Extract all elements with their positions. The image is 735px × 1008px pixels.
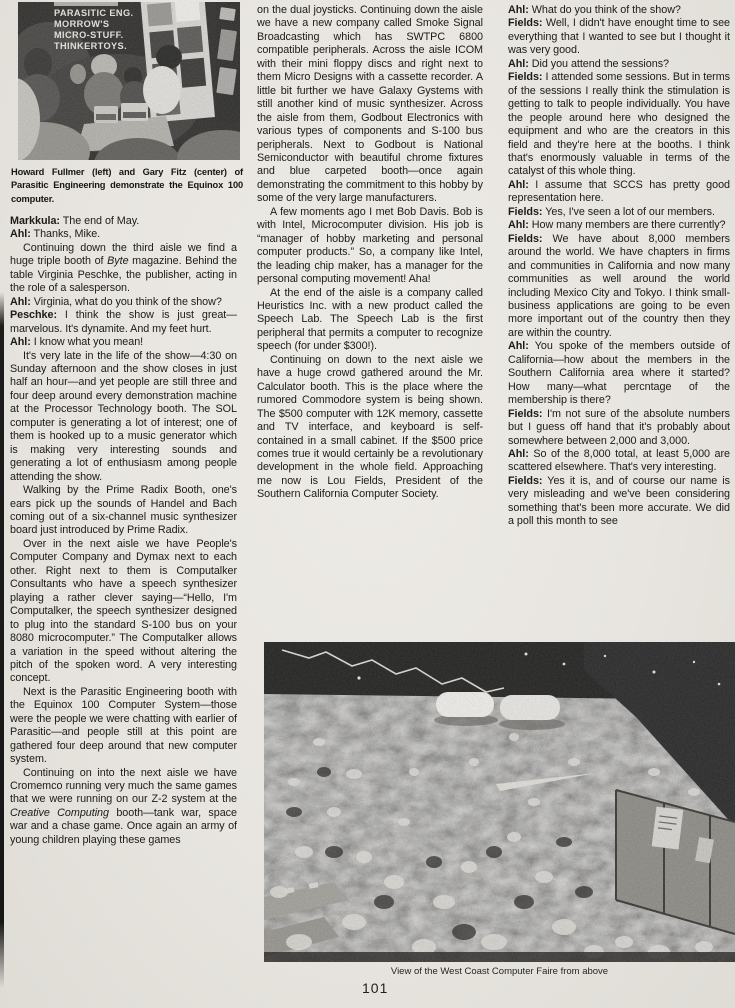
paragraph: Ahl: What do you think of the show? — [508, 4, 730, 17]
paragraph: At the end of the aisle is a company cal… — [257, 287, 483, 354]
film-grain — [18, 2, 240, 160]
paragraph: Walking by the Prime Radix Booth, one's … — [10, 484, 237, 538]
bottom-photo-caption: View of the West Coast Computer Faire fr… — [264, 966, 735, 978]
paragraph: Ahl: You spoke of the members outside of… — [508, 340, 730, 407]
paragraph: Ahl: How many members are there currentl… — [508, 219, 730, 232]
column-middle: on the dual joysticks. Continuing down t… — [257, 4, 483, 502]
top-photo-caption: Howard Fullmer (left) and Gary Fitz (cen… — [11, 166, 243, 206]
crowd-photo-illustration — [264, 642, 735, 962]
paragraph: Ahl: Thanks, Mike. — [10, 228, 237, 241]
paragraph: It's very late in the life of the show—4… — [10, 350, 237, 485]
paragraph: A few moments ago I met Bob Davis. Bob i… — [257, 206, 483, 287]
paragraph: on the dual joysticks. Continuing down t… — [257, 4, 483, 206]
paragraph: Fields: We have about 8,000 members arou… — [508, 233, 730, 341]
paragraph: Fields: Well, I didn't have enought time… — [508, 17, 730, 57]
paragraph: Next is the Parasitic Engineering booth … — [10, 686, 237, 767]
paragraph: Ahl: I assume that SCCS has pretty good … — [508, 179, 730, 206]
column-right: Ahl: What do you think of the show?Field… — [508, 4, 730, 529]
paragraph: Fields: Yes, I've seen a lot of our memb… — [508, 206, 730, 219]
paragraph: Continuing down the third aisle we find … — [10, 242, 237, 296]
magazine-page: PARASITIC ENG. MORROW'S MICRO-STUFF. THI… — [0, 0, 735, 1008]
scan-edge-shadow — [0, 292, 4, 988]
top-photo: PARASITIC ENG. MORROW'S MICRO-STUFF. THI… — [18, 2, 240, 160]
film-grain — [264, 642, 735, 962]
page-number: 101 — [362, 980, 388, 996]
column-left: Markkula: The end of May.Ahl: Thanks, Mi… — [10, 215, 237, 847]
paragraph: Fields: I'm not sure of the absolute num… — [508, 408, 730, 448]
paragraph: Continuing on into the next aisle we hav… — [10, 767, 237, 848]
paragraph: Peschke: I think the show is just great—… — [10, 309, 237, 336]
paragraph: Markkula: The end of May. — [10, 215, 237, 228]
paragraph: Continuing on down to the next aisle we … — [257, 354, 483, 502]
paragraph: Ahl: Did you attend the sessions? — [508, 58, 730, 71]
paragraph: Ahl: So of the 8,000 total, at least 5,0… — [508, 448, 730, 475]
paragraph: Fields: I attended some sessions. But in… — [508, 71, 730, 179]
paragraph: Fields: Yes it is, and of course our nam… — [508, 475, 730, 529]
bottom-photo — [264, 642, 735, 962]
paragraph: Over in the next aisle we have People's … — [10, 538, 237, 686]
paragraph: Ahl: I know what you mean! — [10, 336, 237, 349]
exhibit-photo-illustration: PARASITIC ENG. MORROW'S MICRO-STUFF. THI… — [18, 2, 240, 160]
paragraph: Ahl: Virginia, what do you think of the … — [10, 296, 237, 309]
